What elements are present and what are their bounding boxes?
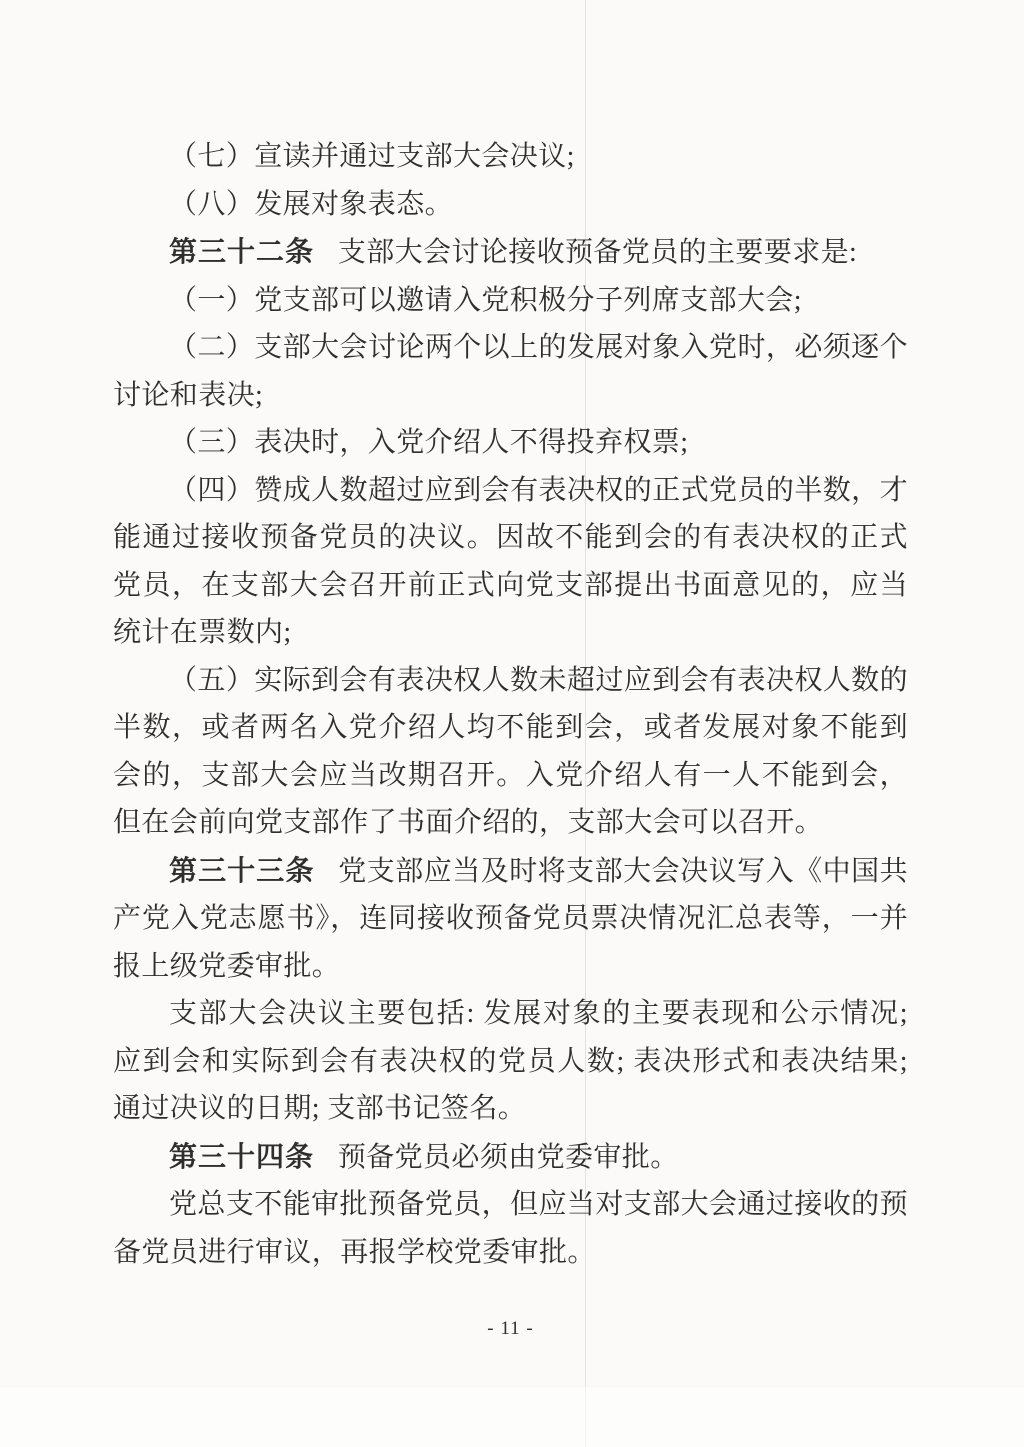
paragraph: （四）赞成人数超过应到会有表决权的正式党员的半数，才能通过接收预备党员的决议。因… [113,467,908,657]
paragraph: 第三十三条党支部应当及时将支部大会决议写入《中国共产党入党志愿书》，连同接收预备… [113,847,908,991]
scan-bottom-strip [0,1386,1024,1447]
paragraph-text: 支部大会讨论接收预备党员的主要要求是: [338,237,857,268]
paragraph-text: （七）宣读并通过支部大会决议; [169,141,575,172]
page-number: - 11 - [487,1318,533,1339]
paragraph-text: 党总支不能审批预备党员，但应当对支部大会通过接收的预备党员进行审议，再报学校党委… [113,1189,908,1268]
paragraph-text: （二）支部大会讨论两个以上的发展对象入党时，必须逐个讨论和表决; [113,332,908,411]
paragraph: 第三十二条支部大会讨论接收预备党员的主要要求是: [113,228,908,277]
article-number: 第三十四条 [169,1141,314,1172]
paragraph-text: （五）实际到会有表决权人数未超过应到会有表决权人数的半数，或者两名入党介绍人均不… [113,665,908,839]
paragraph: （一）党支部可以邀请入党积极分子列席支部大会; [113,277,908,325]
paragraph-text: 支部大会决议主要包括: 发展对象的主要表现和公示情况; 应到会和实际到会有表决权… [113,998,908,1124]
paragraph: （二）支部大会讨论两个以上的发展对象入党时，必须逐个讨论和表决; [113,324,908,419]
paragraph-text: （四）赞成人数超过应到会有表决权的正式党员的半数，才能通过接收预备党员的决议。因… [113,475,908,649]
page-footer: - 11 - [113,1318,908,1340]
paragraph: （七）宣读并通过支部大会决议; [113,133,908,181]
paragraph: 第三十四条预备党员必须由党委审批。 [113,1133,908,1182]
document-body: （七）宣读并通过支部大会决议;（八）发展对象表态。第三十二条支部大会讨论接收预备… [113,133,908,1276]
article-number: 第三十二条 [169,236,314,267]
paragraph: 党总支不能审批预备党员，但应当对支部大会通过接收的预备党员进行审议，再报学校党委… [113,1181,908,1276]
article-number: 第三十三条 [169,855,314,886]
paragraph: （三）表决时，入党介绍人不得投弃权票; [113,419,908,467]
paragraph-text: 预备党员必须由党委审批。 [338,1142,679,1173]
document-page: （七）宣读并通过支部大会决议;（八）发展对象表态。第三十二条支部大会讨论接收预备… [0,0,1024,1447]
paragraph-text: （八）发展对象表态。 [169,189,453,220]
paragraph: （八）发展对象表态。 [113,181,908,229]
paragraph: （五）实际到会有表决权人数未超过应到会有表决权人数的半数，或者两名入党介绍人均不… [113,657,908,847]
paragraph-text: （一）党支部可以邀请入党积极分子列席支部大会; [169,285,802,316]
paragraph: 支部大会决议主要包括: 发展对象的主要表现和公示情况; 应到会和实际到会有表决权… [113,990,908,1133]
paragraph-text: （三）表决时，入党介绍人不得投弃权票; [169,427,688,458]
